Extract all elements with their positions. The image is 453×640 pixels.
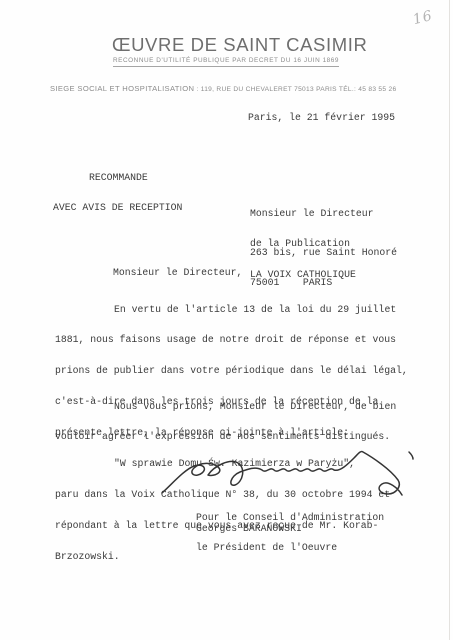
salutation: Monsieur le Directeur, <box>113 268 242 278</box>
recipient-line: 263 bis, rue Saint Honoré <box>250 248 397 258</box>
body-line: vouloir agréer l'expression de nos senti… <box>55 432 407 442</box>
body-line: prions de publier dans votre périodique … <box>55 366 407 376</box>
handwritten-page-number: 16 <box>411 8 434 28</box>
signature-role-line1: Pour le Conseil d'Administration <box>196 513 384 523</box>
mail-mode-block: RECOMMANDE AVEC AVIS DE RECEPTION <box>53 152 182 234</box>
signer-name: Georges BARANOWSKI <box>196 524 302 534</box>
body-line: Nous vous prions, Monsieur le Directeur,… <box>55 402 407 412</box>
body-line: 1881, nous faisons usage de notre droit … <box>55 335 407 345</box>
mail-mode-line1: RECOMMANDE <box>53 173 182 183</box>
letterhead-org-subtitle: RECONNUE D'UTILITÉ PUBLIQUE PAR DECRET D… <box>113 57 339 67</box>
scan-edge-artifact <box>449 0 450 640</box>
letterhead-address-line: SIEGE SOCIAL ET HOSPITALISATION : 119, R… <box>50 78 396 96</box>
body-line: En vertu de l'article 13 de la loi du 29… <box>55 305 407 315</box>
letter-page: 16 ŒUVRE DE SAINT CASIMIR RECONNUE D'UTI… <box>0 0 453 640</box>
recipient-line: Monsieur le Directeur <box>250 209 373 219</box>
letterhead-address-label: SIEGE SOCIAL ET HOSPITALISATION <box>50 84 194 93</box>
signature-role-line2: le Président de l'Oeuvre <box>196 543 384 553</box>
date-line: Paris, le 21 février 1995 <box>248 113 395 123</box>
letterhead-org-name: ŒUVRE DE SAINT CASIMIR <box>112 34 367 56</box>
letterhead-address-rest: : 119, RUE DU CHEVALERET 75013 PARIS TÉL… <box>194 86 396 93</box>
mail-mode-line2: AVEC AVIS DE RECEPTION <box>53 203 182 213</box>
